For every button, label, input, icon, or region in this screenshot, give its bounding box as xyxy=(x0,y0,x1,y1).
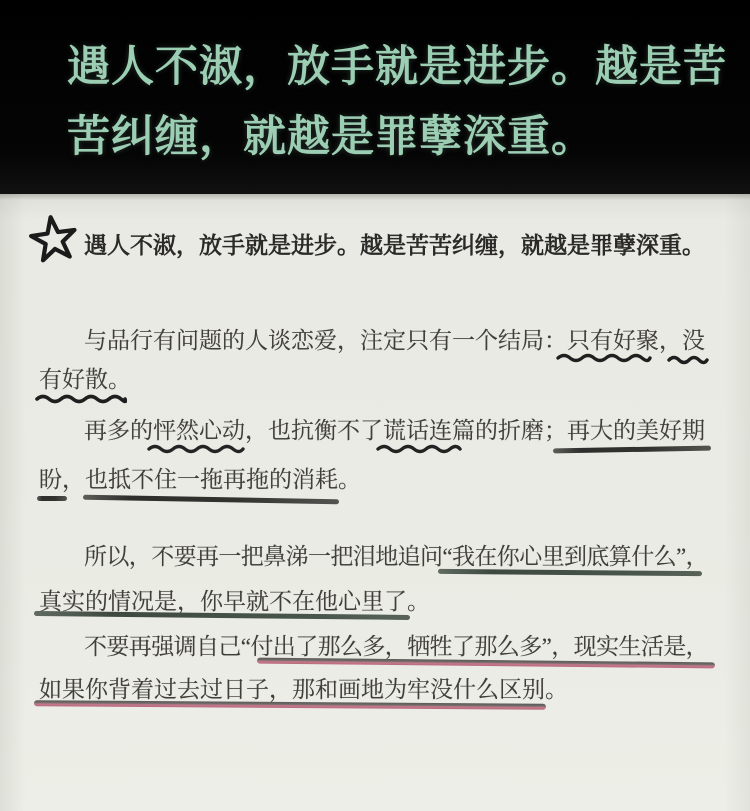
paragraph-1-line-2: 有好散。 xyxy=(39,361,131,394)
screenshot-root: 遇人不淑，放手就是进步。越是苦 苦纠缠，就越是罪孽深重。 遇人不淑，放手就是进步… xyxy=(0,0,750,811)
straight-underline-pan xyxy=(37,496,67,501)
wavy-underline-huanghualianpian xyxy=(376,441,462,459)
wavy-underline-pengranxindong xyxy=(147,441,245,459)
paragraph-4-line-2: 如果你背着过去过日子，那和画地为牢没什么区别。 xyxy=(39,671,568,704)
wavy-underline-youhaosan xyxy=(35,391,127,409)
header-quote-line-2: 苦纠缠，就越是罪孽深重。 xyxy=(67,103,595,164)
green-underline-xinli-suanshenme xyxy=(438,569,702,576)
paragraph-2-line-2: 盼，也抵不住一拖再拖的消耗。 xyxy=(39,461,361,494)
book-page: 遇人不淑，放手就是进步。越是苦苦纠缠，就越是罪孽深重。 与品行有问题的人谈恋爱，… xyxy=(0,194,750,811)
straight-underline-meihaoqi xyxy=(553,446,711,454)
header-quote-line-1: 遇人不淑，放手就是进步。越是苦 xyxy=(67,33,727,94)
star-icon xyxy=(26,209,82,274)
paragraph-3-line-1: 所以，不要再一把鼻涕一把泪地追问“我在你心里到底算什么”， xyxy=(84,538,708,571)
straight-underline-xiaohao xyxy=(83,495,339,504)
wavy-underline-mei xyxy=(667,352,709,370)
quote-header: 遇人不淑，放手就是进步。越是苦 苦纠缠，就越是罪孽深重。 xyxy=(0,0,750,194)
paragraph-4-line-1: 不要再强调自己“付出了那么多，牺牲了那么多”，现实生活是， xyxy=(84,628,708,661)
page-title: 遇人不淑，放手就是进步。越是苦苦纠缠，就越是罪孽深重。 xyxy=(84,227,705,260)
wavy-underline-zhiyouhaoju xyxy=(556,350,652,368)
